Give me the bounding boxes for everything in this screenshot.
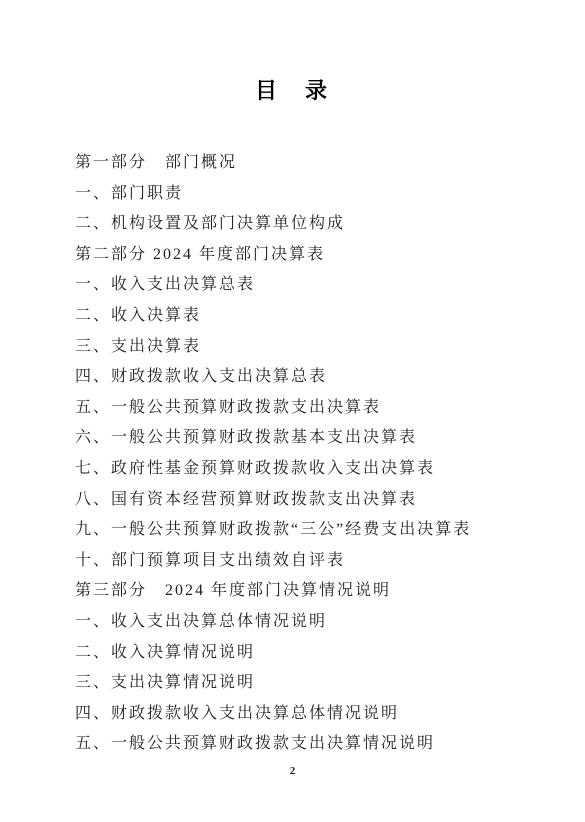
toc-entry: 二、收入决算情况说明 (75, 638, 555, 669)
toc-list: 第一部分 部门概况一、部门职责二、机构设置及部门决算单位构成第二部分 2024 … (75, 148, 555, 760)
toc-entry: 第三部分 2024 年度部门决算情况说明 (75, 576, 555, 607)
toc-entry: 二、收入决算表 (75, 301, 555, 332)
toc-entry: 八、国有资本经营预算财政拨款支出决算表 (75, 485, 555, 516)
page-number: 2 (0, 765, 585, 777)
toc-entry: 七、政府性基金预算财政拨款收入支出决算表 (75, 454, 555, 485)
toc-entry: 一、收入支出决算总体情况说明 (75, 607, 555, 638)
toc-entry: 九、一般公共预算财政拨款“三公”经费支出决算表 (75, 515, 555, 546)
toc-entry: 四、财政拨款收入支出决算总表 (75, 362, 555, 393)
toc-entry: 二、机构设置及部门决算单位构成 (75, 209, 555, 240)
toc-entry: 四、财政拨款收入支出决算总体情况说明 (75, 699, 555, 730)
toc-entry: 三、支出决算情况说明 (75, 668, 555, 699)
toc-entry: 五、一般公共预算财政拨款支出决算情况说明 (75, 729, 555, 760)
document-page: 目 录 第一部分 部门概况一、部门职责二、机构设置及部门决算单位构成第二部分 2… (0, 0, 585, 822)
toc-entry: 十、部门预算项目支出绩效自评表 (75, 546, 555, 577)
toc-entry: 第一部分 部门概况 (75, 148, 555, 179)
toc-entry: 一、部门职责 (75, 179, 555, 210)
toc-entry: 三、支出决算表 (75, 332, 555, 363)
toc-entry: 第二部分 2024 年度部门决算表 (75, 240, 555, 271)
toc-entry: 一、收入支出决算总表 (75, 270, 555, 301)
page-title: 目 录 (0, 74, 585, 105)
toc-entry: 六、一般公共预算财政拨款基本支出决算表 (75, 423, 555, 454)
toc-entry: 五、一般公共预算财政拨款支出决算表 (75, 393, 555, 424)
